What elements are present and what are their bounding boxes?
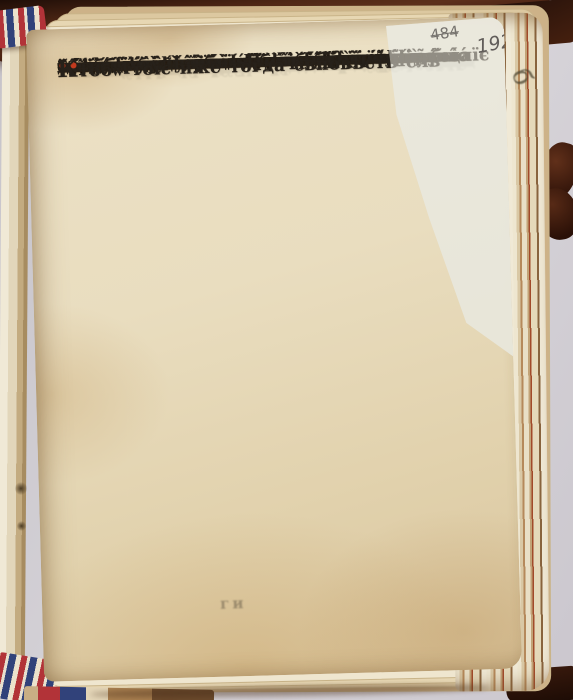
gutter-page-edge	[0, 18, 29, 694]
quire-signature-mark: ги	[220, 594, 247, 613]
photograph-of-open-book: оу́срьдно вьзрє́внова̀ жи́тїю̀ • посто́ …	[0, 0, 573, 700]
repair-patch-overlay	[26, 17, 522, 682]
ink-smudge	[15, 482, 27, 495]
book-page: оу́срьдно вьзрє́внова̀ жи́тїю̀ • посто́ …	[26, 17, 522, 682]
ink-smudge	[17, 521, 26, 531]
